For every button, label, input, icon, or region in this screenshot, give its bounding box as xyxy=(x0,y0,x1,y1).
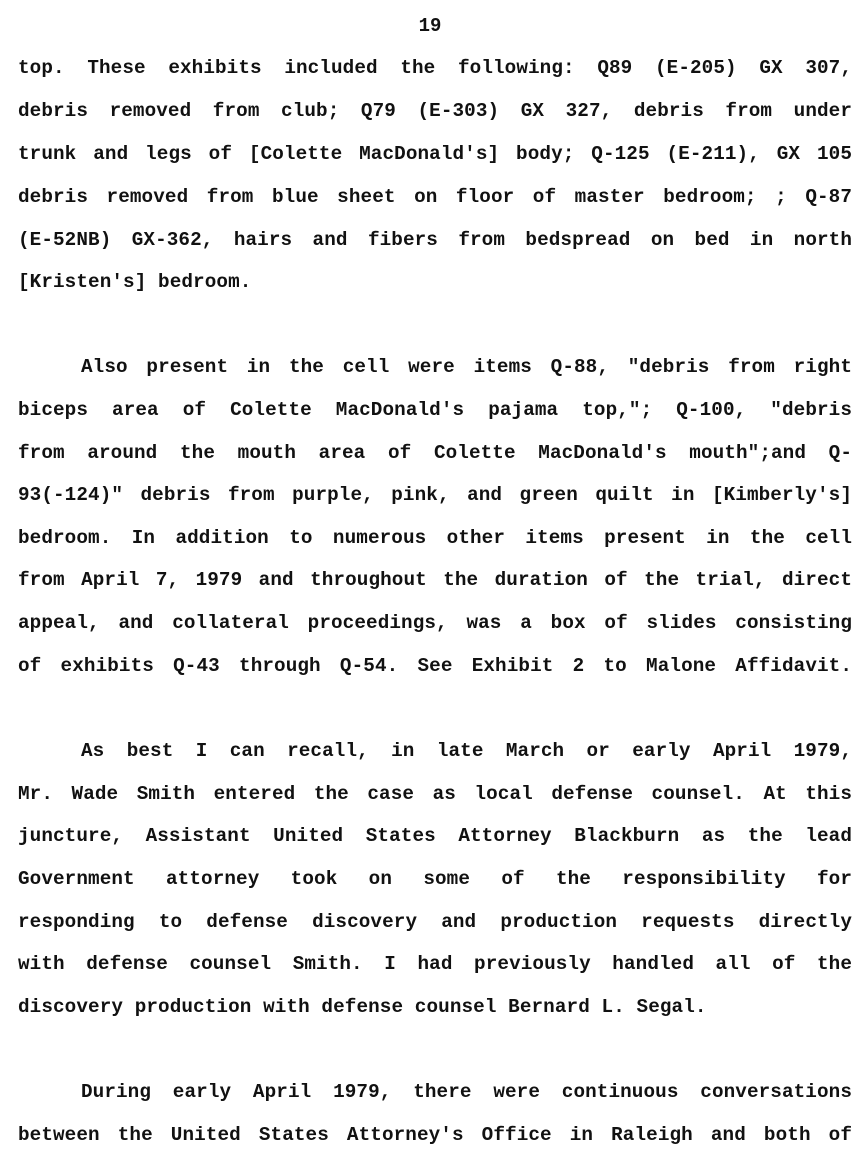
page-number: 19 xyxy=(0,14,860,38)
text-line: [Kristen's] bedroom. xyxy=(18,270,852,294)
text-line: top. These exhibits included the followi… xyxy=(18,56,852,80)
text-line: bedroom. In addition to numerous other i… xyxy=(18,526,852,550)
text-line: biceps area of Colette MacDonald's pajam… xyxy=(18,398,852,422)
text-line: of exhibits Q-43 through Q-54. See Exhib… xyxy=(18,654,852,678)
text-line: trunk and legs of [Colette MacDonald's] … xyxy=(18,142,852,166)
text-line: Mr. Wade Smith entered the case as local… xyxy=(18,782,852,806)
text-line: Government attorney took on some of the … xyxy=(18,867,852,891)
text-line: from April 7, 1979 and throughout the du… xyxy=(18,568,852,592)
text-line: with defense counsel Smith. I had previo… xyxy=(18,952,852,976)
text-line: As best I can recall, in late March or e… xyxy=(81,739,852,763)
text-line: Also present in the cell were items Q-88… xyxy=(81,355,852,379)
text-line: from around the mouth area of Colette Ma… xyxy=(18,441,852,465)
text-line: 93(-124)" debris from purple, pink, and … xyxy=(18,483,852,507)
text-line: responding to defense discovery and prod… xyxy=(18,910,852,934)
text-line: During early April 1979, there were cont… xyxy=(81,1080,852,1104)
text-line: discovery production with defense counse… xyxy=(18,995,852,1019)
text-line: debris removed from club; Q79 (E-303) GX… xyxy=(18,99,852,123)
text-line: juncture, Assistant United States Attorn… xyxy=(18,824,852,848)
text-line: debris removed from blue sheet on floor … xyxy=(18,185,852,209)
text-line: (E-52NB) GX-362, hairs and fibers from b… xyxy=(18,228,852,252)
text-line: between the United States Attorney's Off… xyxy=(18,1123,852,1147)
text-line: appeal, and collateral proceedings, was … xyxy=(18,611,852,635)
